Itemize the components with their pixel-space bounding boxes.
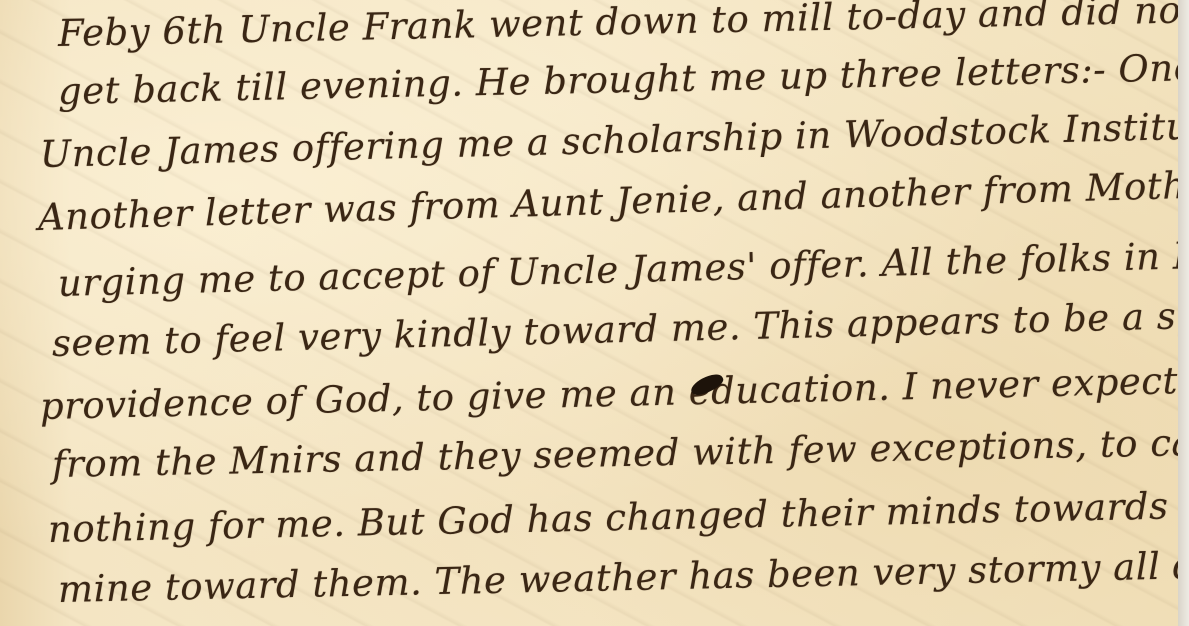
text-line-8: from the Mnirs and they seemed with few … — [52, 420, 1178, 486]
text-line-7: providence of God, to give me an educati… — [40, 354, 1178, 428]
page-edge — [1178, 0, 1189, 626]
text-line-2: get back till evening. He brought me up … — [58, 44, 1178, 113]
text-line-6: seem to feel very kindly toward me. This… — [51, 292, 1178, 365]
text-line-3: Uncle James offering me a scholarship in… — [39, 104, 1178, 176]
diary-page: Feby 6th Uncle Frank went down to mill t… — [0, 0, 1178, 626]
text-line-10: mine toward them. The weather has been v… — [58, 543, 1178, 611]
text-line-9: nothing for me. But God has changed thei… — [48, 481, 1178, 551]
text-line-1: Feby 6th Uncle Frank went down to mill t… — [58, 0, 1178, 55]
text-line-5: urging me to accept of Uncle James' offe… — [57, 230, 1178, 305]
text-line-4: Another letter was from Aunt Jenie, and … — [37, 163, 1178, 239]
